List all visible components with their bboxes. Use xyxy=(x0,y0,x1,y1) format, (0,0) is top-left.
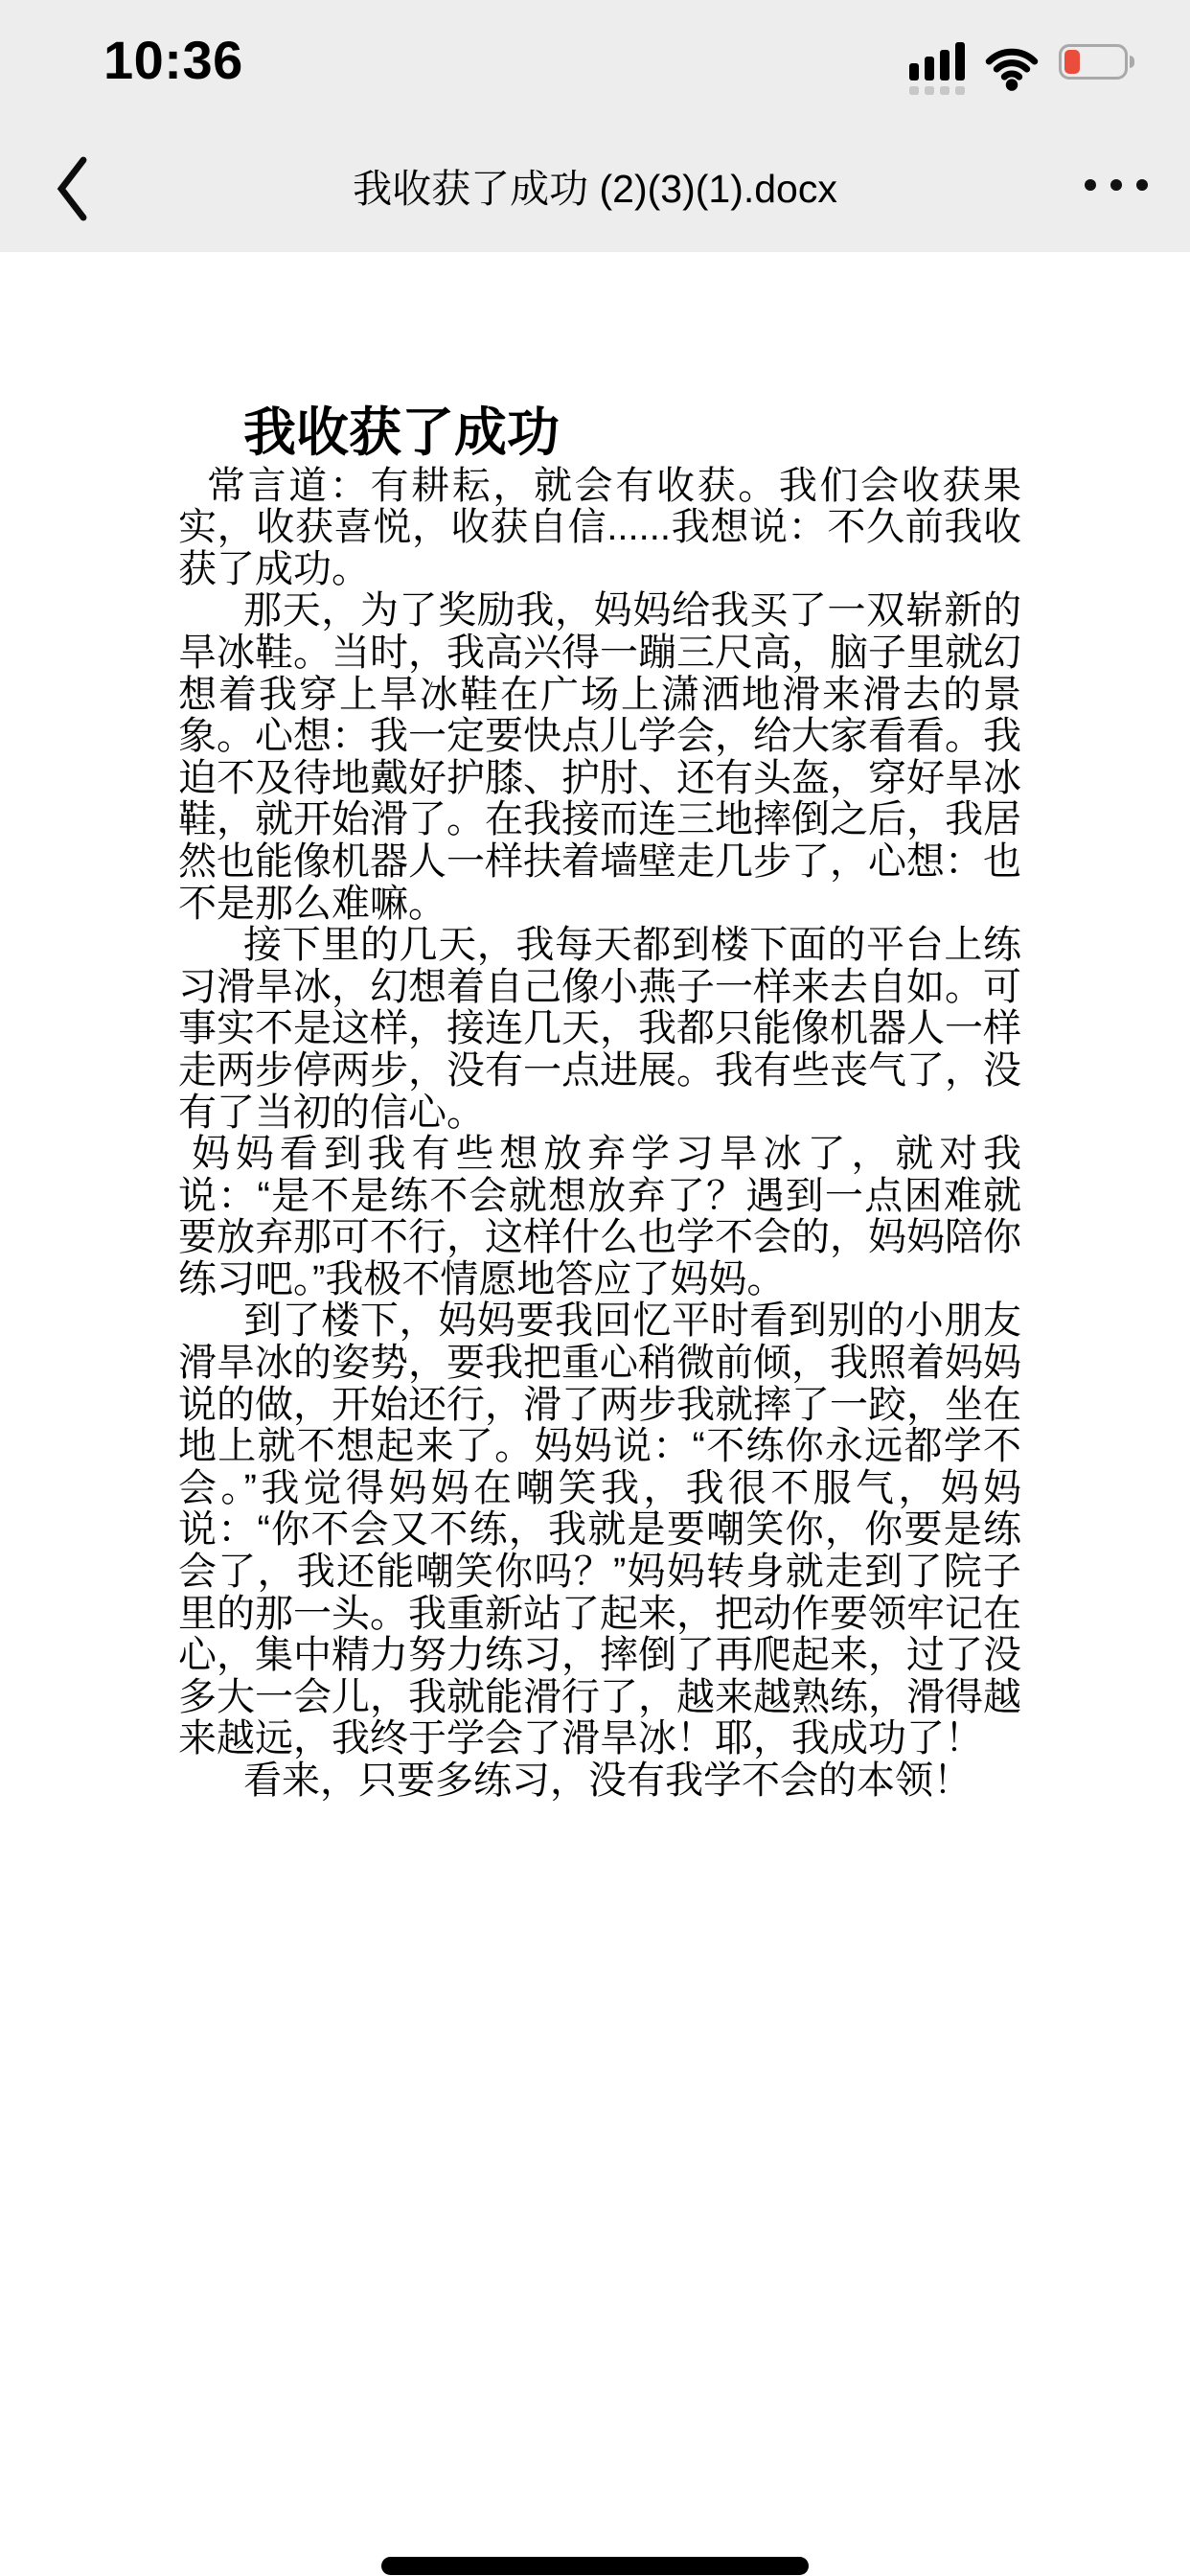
ellipsis-icon xyxy=(1085,179,1096,191)
document-view[interactable]: 我收获了成功 常言道：有耕耘，就会有收获。我们会收获果实，收获喜悦，收获自信..… xyxy=(0,252,1190,2576)
document-title: 我收获了成功 (2)(3)(1).docx xyxy=(144,125,1046,245)
more-button[interactable] xyxy=(1075,125,1157,245)
battery-outline xyxy=(1059,44,1128,80)
paragraph-5: 到了楼下，妈妈要我回忆平时看到别的小朋友滑旱冰的姿势，要我把重心稍微前倾，我照着… xyxy=(178,1300,1021,1760)
status-bar: 10:36 xyxy=(0,0,1190,125)
status-icons xyxy=(909,42,1134,97)
paragraph-6: 看来，只要多练习，没有我学不会的本领！ xyxy=(178,1760,1021,1803)
paragraph-2: 那天，为了奖励我，妈妈给我买了一双崭新的旱冰鞋。当时，我高兴得一蹦三尺高，脑子里… xyxy=(178,590,1021,925)
document-heading: 我收获了成功 xyxy=(243,403,1190,463)
document-body: 常言道：有耕耘，就会有收获。我们会收获果实，收获喜悦，收获自信......我想说… xyxy=(178,466,1021,1803)
paragraph-3: 接下里的几天，我每天都到楼下面的平台上练习滑旱冰，幻想着自己像小燕子一样来去自如… xyxy=(178,925,1021,1134)
wifi-icon xyxy=(982,44,1041,97)
back-button[interactable] xyxy=(29,136,115,241)
clock-label: 10:36 xyxy=(103,29,243,91)
paragraph-4: 妈妈看到我有些想放弃学习旱冰了，就对我说：“是不是练不会就想放弃了？遇到一点困难… xyxy=(178,1134,1021,1300)
home-indicator-bar[interactable] xyxy=(381,2557,809,2575)
phone-screen: 10:36 xyxy=(0,0,1190,2576)
battery-fill xyxy=(1064,50,1080,74)
chevron-left-icon xyxy=(56,156,88,221)
battery-low-icon xyxy=(1059,44,1134,80)
paragraph-1: 常言道：有耕耘，就会有收获。我们会收获果实，收获喜悦，收获自信......我想说… xyxy=(178,466,1021,591)
battery-cap xyxy=(1130,56,1134,68)
nav-bar: 我收获了成功 (2)(3)(1).docx xyxy=(0,125,1190,252)
cellular-signal-icon xyxy=(909,42,965,95)
top-chrome: 10:36 xyxy=(0,0,1190,252)
